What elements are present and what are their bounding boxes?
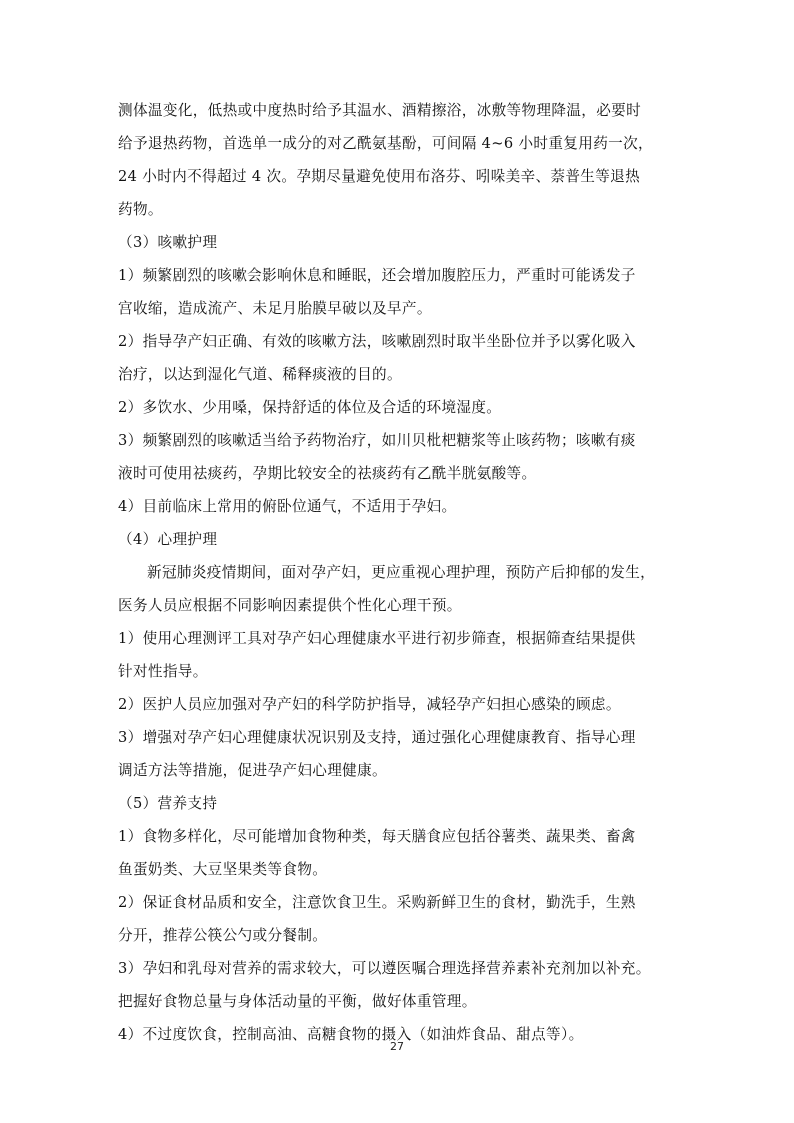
- text-line: 鱼蛋奶类、大豆坚果类等食物。: [118, 853, 678, 886]
- text-line: 2）医护人员应加强对孕产妇的科学防护指导，减轻孕产妇担心感染的顾虑。: [118, 688, 678, 721]
- text-line: 3）增强对孕产妇心理健康状况识别及支持，通过强化心理健康教育、指导心理: [118, 721, 678, 754]
- text-line: 3）孕妇和乳母对营养的需求较大，可以遵医嘱合理选择营养素补充剂加以补充。: [118, 952, 678, 985]
- text-line: 给予退热药物，首选单一成分的对乙酰氨基酚，可间隔 4~6 小时重复用药一次，: [118, 127, 678, 160]
- text-line: 宫收缩，造成流产、未足月胎膜早破以及早产。: [118, 292, 678, 325]
- page-number: 27: [0, 1040, 794, 1053]
- text-line: 治疗，以达到湿化气道、稀释痰液的目的。: [118, 358, 678, 391]
- text-line: 调适方法等措施，促进孕产妇心理健康。: [118, 754, 678, 787]
- text-line: 3）频繁剧烈的咳嗽适当给予药物治疗，如川贝枇杷糖浆等止咳药物；咳嗽有痰: [118, 424, 678, 457]
- text-line: 液时可使用祛痰药，孕期比较安全的祛痰药有乙酰半胱氨酸等。: [118, 457, 678, 490]
- text-line: 1）食物多样化，尽可能增加食物种类，每天膳食应包括谷薯类、蔬果类、畜禽: [118, 820, 678, 853]
- text-line: 2）指导孕产妇正确、有效的咳嗽方法，咳嗽剧烈时取半坐卧位并予以雾化吸入: [118, 325, 678, 358]
- text-line: 医务人员应根据不同影响因素提供个性化心理干预。: [118, 589, 678, 622]
- text-line: 药物。: [118, 193, 678, 226]
- text-line: 测体温变化，低热或中度热时给予其温水、酒精擦浴，冰敷等物理降温，必要时: [118, 94, 678, 127]
- section-heading-psychological-care: （4）心理护理: [118, 523, 678, 556]
- text-line: 针对性指导。: [118, 655, 678, 688]
- text-line: 分开，推荐公筷公勺或分餐制。: [118, 919, 678, 952]
- section-heading-nutrition-support: （5）营养支持: [118, 787, 678, 820]
- text-line: 1）频繁剧烈的咳嗽会影响休息和睡眠，还会增加腹腔压力，严重时可能诱发子: [118, 259, 678, 292]
- text-line: 把握好食物总量与身体活动量的平衡，做好体重管理。: [118, 985, 678, 1018]
- text-line: 4）目前临床上常用的俯卧位通气，不适用于孕妇。: [118, 490, 678, 523]
- text-line: 新冠肺炎疫情期间，面对孕产妇，更应重视心理护理，预防产后抑郁的发生，: [118, 556, 678, 589]
- text-line: 24 小时内不得超过 4 次。孕期尽量避免使用布洛芬、吲哚美辛、萘普生等退热: [118, 160, 678, 193]
- document-body: 测体温变化，低热或中度热时给予其温水、酒精擦浴，冰敷等物理降温，必要时 给予退热…: [118, 94, 678, 1051]
- text-line: 2）保证食材品质和安全，注意饮食卫生。采购新鲜卫生的食材，勤洗手，生熟: [118, 886, 678, 919]
- text-line: 1）使用心理测评工具对孕产妇心理健康水平进行初步筛查，根据筛查结果提供: [118, 622, 678, 655]
- section-heading-cough-care: （3）咳嗽护理: [118, 226, 678, 259]
- text-line: 2）多饮水、少用嗓，保持舒适的体位及合适的环境湿度。: [118, 391, 678, 424]
